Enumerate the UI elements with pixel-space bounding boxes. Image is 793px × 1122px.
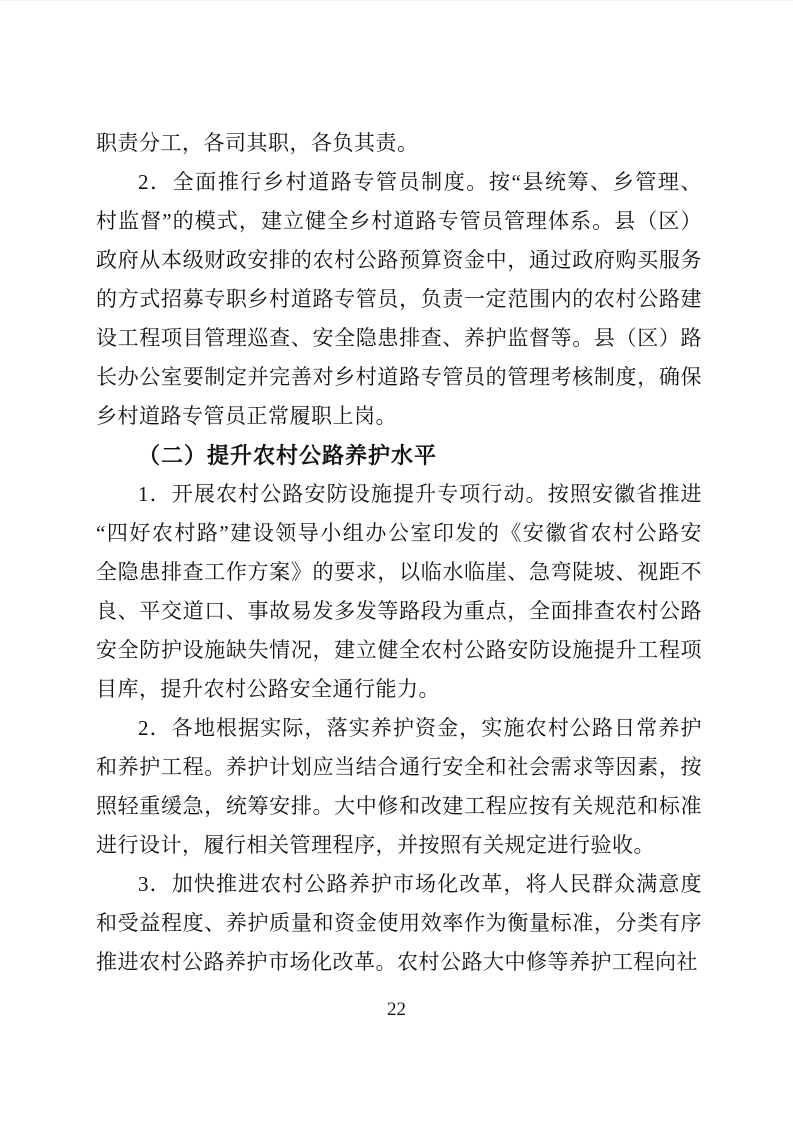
text-line: 推进农村公路养护市场化改革。农村公路大中修等养护工程向社: [96, 943, 702, 982]
document-text: 职责分工，各司其职，各负其责。2．全面推行乡村道路专管员制度。按“县统筹、乡管理…: [96, 124, 702, 982]
text-line: 长办公室要制定并完善对乡村道路专管员的管理考核制度，确保: [96, 358, 702, 397]
body-paragraph: 2．各地根据实际，落实养护资金，实施农村公路日常养护和养护工程。养护计划应当结合…: [96, 709, 702, 865]
text-line: “四好农村路”建设领导小组办公室印发的《安徽省农村公路安: [96, 514, 702, 553]
text-line: 3．加快推进农村公路养护市场化改革，将人民群众满意度: [96, 865, 702, 904]
text-line: 目库，提升农村公路安全通行能力。: [96, 670, 702, 709]
text-line: 1．开展农村公路安防设施提升专项行动。按照安徽省推进: [96, 475, 702, 514]
text-line: 和养护工程。养护计划应当结合通行安全和社会需求等因素，按: [96, 748, 702, 787]
text-line: 的方式招募专职乡村道路专管员，负责一定范围内的农村公路建: [96, 280, 702, 319]
body-paragraph: 职责分工，各司其职，各负其责。: [96, 124, 702, 163]
text-line: 2．各地根据实际，落实养护资金，实施农村公路日常养护: [96, 709, 702, 748]
section-heading: （二）提升农村公路养护水平: [96, 436, 702, 475]
text-line: 乡村道路专管员正常履职上岗。: [96, 397, 702, 436]
text-line: 良、平交道口、事故易发多发等路段为重点，全面排查农村公路: [96, 592, 702, 631]
text-line: 全隐患排查工作方案》的要求，以临水临崖、急弯陡坡、视距不: [96, 553, 702, 592]
text-line: 进行设计，履行相关管理程序，并按照有关规定进行验收。: [96, 826, 702, 865]
text-line: 安全防护设施缺失情况，建立健全农村公路安防设施提升工程项: [96, 631, 702, 670]
text-line: 村监督”的模式，建立健全乡村道路专管员管理体系。县（区）: [96, 202, 702, 241]
text-line: 设工程项目管理巡查、安全隐患排查、养护监督等。县（区）路: [96, 319, 702, 358]
text-line: 职责分工，各司其职，各负其责。: [96, 124, 702, 163]
text-line: 照轻重缓急，统筹安排。大中修和改建工程应按有关规范和标准: [96, 787, 702, 826]
text-line: 和受益程度、养护质量和资金使用效率作为衡量标准，分类有序: [96, 904, 702, 943]
page-number: 22: [0, 998, 793, 1022]
body-paragraph: 1．开展农村公路安防设施提升专项行动。按照安徽省推进“四好农村路”建设领导小组办…: [96, 475, 702, 709]
heading-line: （二）提升农村公路养护水平: [96, 436, 702, 475]
text-line: 政府从本级财政安排的农村公路预算资金中，通过政府购买服务: [96, 241, 702, 280]
body-paragraph: 3．加快推进农村公路养护市场化改革，将人民群众满意度和受益程度、养护质量和资金使…: [96, 865, 702, 982]
text-line: 2．全面推行乡村道路专管员制度。按“县统筹、乡管理、: [96, 163, 702, 202]
document-page: 职责分工，各司其职，各负其责。2．全面推行乡村道路专管员制度。按“县统筹、乡管理…: [0, 0, 793, 1122]
body-paragraph: 2．全面推行乡村道路专管员制度。按“县统筹、乡管理、村监督”的模式，建立健全乡村…: [96, 163, 702, 436]
